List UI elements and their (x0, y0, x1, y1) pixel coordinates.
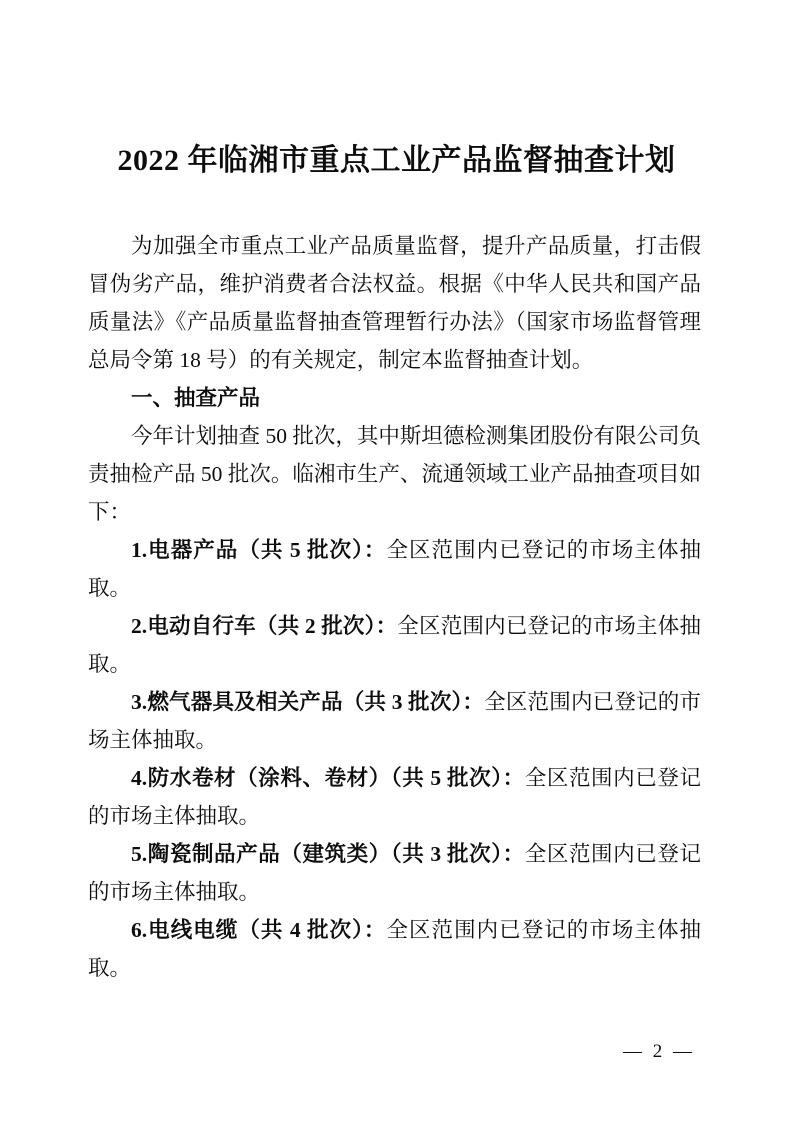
product-item-3: 3.燃气器具及相关产品（共 3 批次）：全区范围内已登记的市场主体抽取。 (88, 683, 701, 759)
product-item-2: 2.电动自行车（共 2 批次）：全区范围内已登记的市场主体抽取。 (88, 607, 701, 683)
product-item-1: 1.电器产品（共 5 批次）：全区范围内已登记的市场主体抽取。 (88, 531, 701, 607)
product-item-3-label: 3.燃气器具及相关产品（共 3 批次）： (131, 690, 484, 714)
product-item-4-label: 4.防水卷材（涂料、卷材）（共 5 批次）： (131, 766, 525, 790)
intro-paragraph: 为加强全市重点工业产品质量监督，提升产品质量，打击假冒伪劣产品，维护消费者合法权… (88, 227, 701, 379)
document-body: 为加强全市重点工业产品质量监督，提升产品质量，打击假冒伪劣产品，维护消费者合法权… (88, 227, 701, 987)
product-item-5-label: 5.陶瓷制品产品（建筑类）（共 3 批次）： (131, 842, 525, 866)
product-item-6-label: 6.电线电缆（共 4 批次）： (131, 918, 386, 942)
section-lead: 今年计划抽查 50 批次，其中斯坦德检测集团股份有限公司负责抽检产品 50 批次… (88, 417, 701, 531)
section-heading: 一、抽查产品 (88, 379, 701, 417)
document-page: 2022 年临湘市重点工业产品监督抽查计划 为加强全市重点工业产品质量监督，提升… (0, 0, 793, 1122)
page-number: — 2 — (623, 1041, 695, 1063)
product-item-2-label: 2.电动自行车（共 2 批次）： (131, 614, 397, 638)
product-item-6: 6.电线电缆（共 4 批次）：全区范围内已登记的市场主体抽取。 (88, 911, 701, 987)
product-item-1-label: 1.电器产品（共 5 批次）： (131, 538, 386, 562)
product-item-4: 4.防水卷材（涂料、卷材）（共 5 批次）：全区范围内已登记的市场主体抽取。 (88, 759, 701, 835)
product-item-5: 5.陶瓷制品产品（建筑类）（共 3 批次）：全区范围内已登记的市场主体抽取。 (88, 835, 701, 911)
document-title: 2022 年临湘市重点工业产品监督抽查计划 (0, 139, 793, 183)
